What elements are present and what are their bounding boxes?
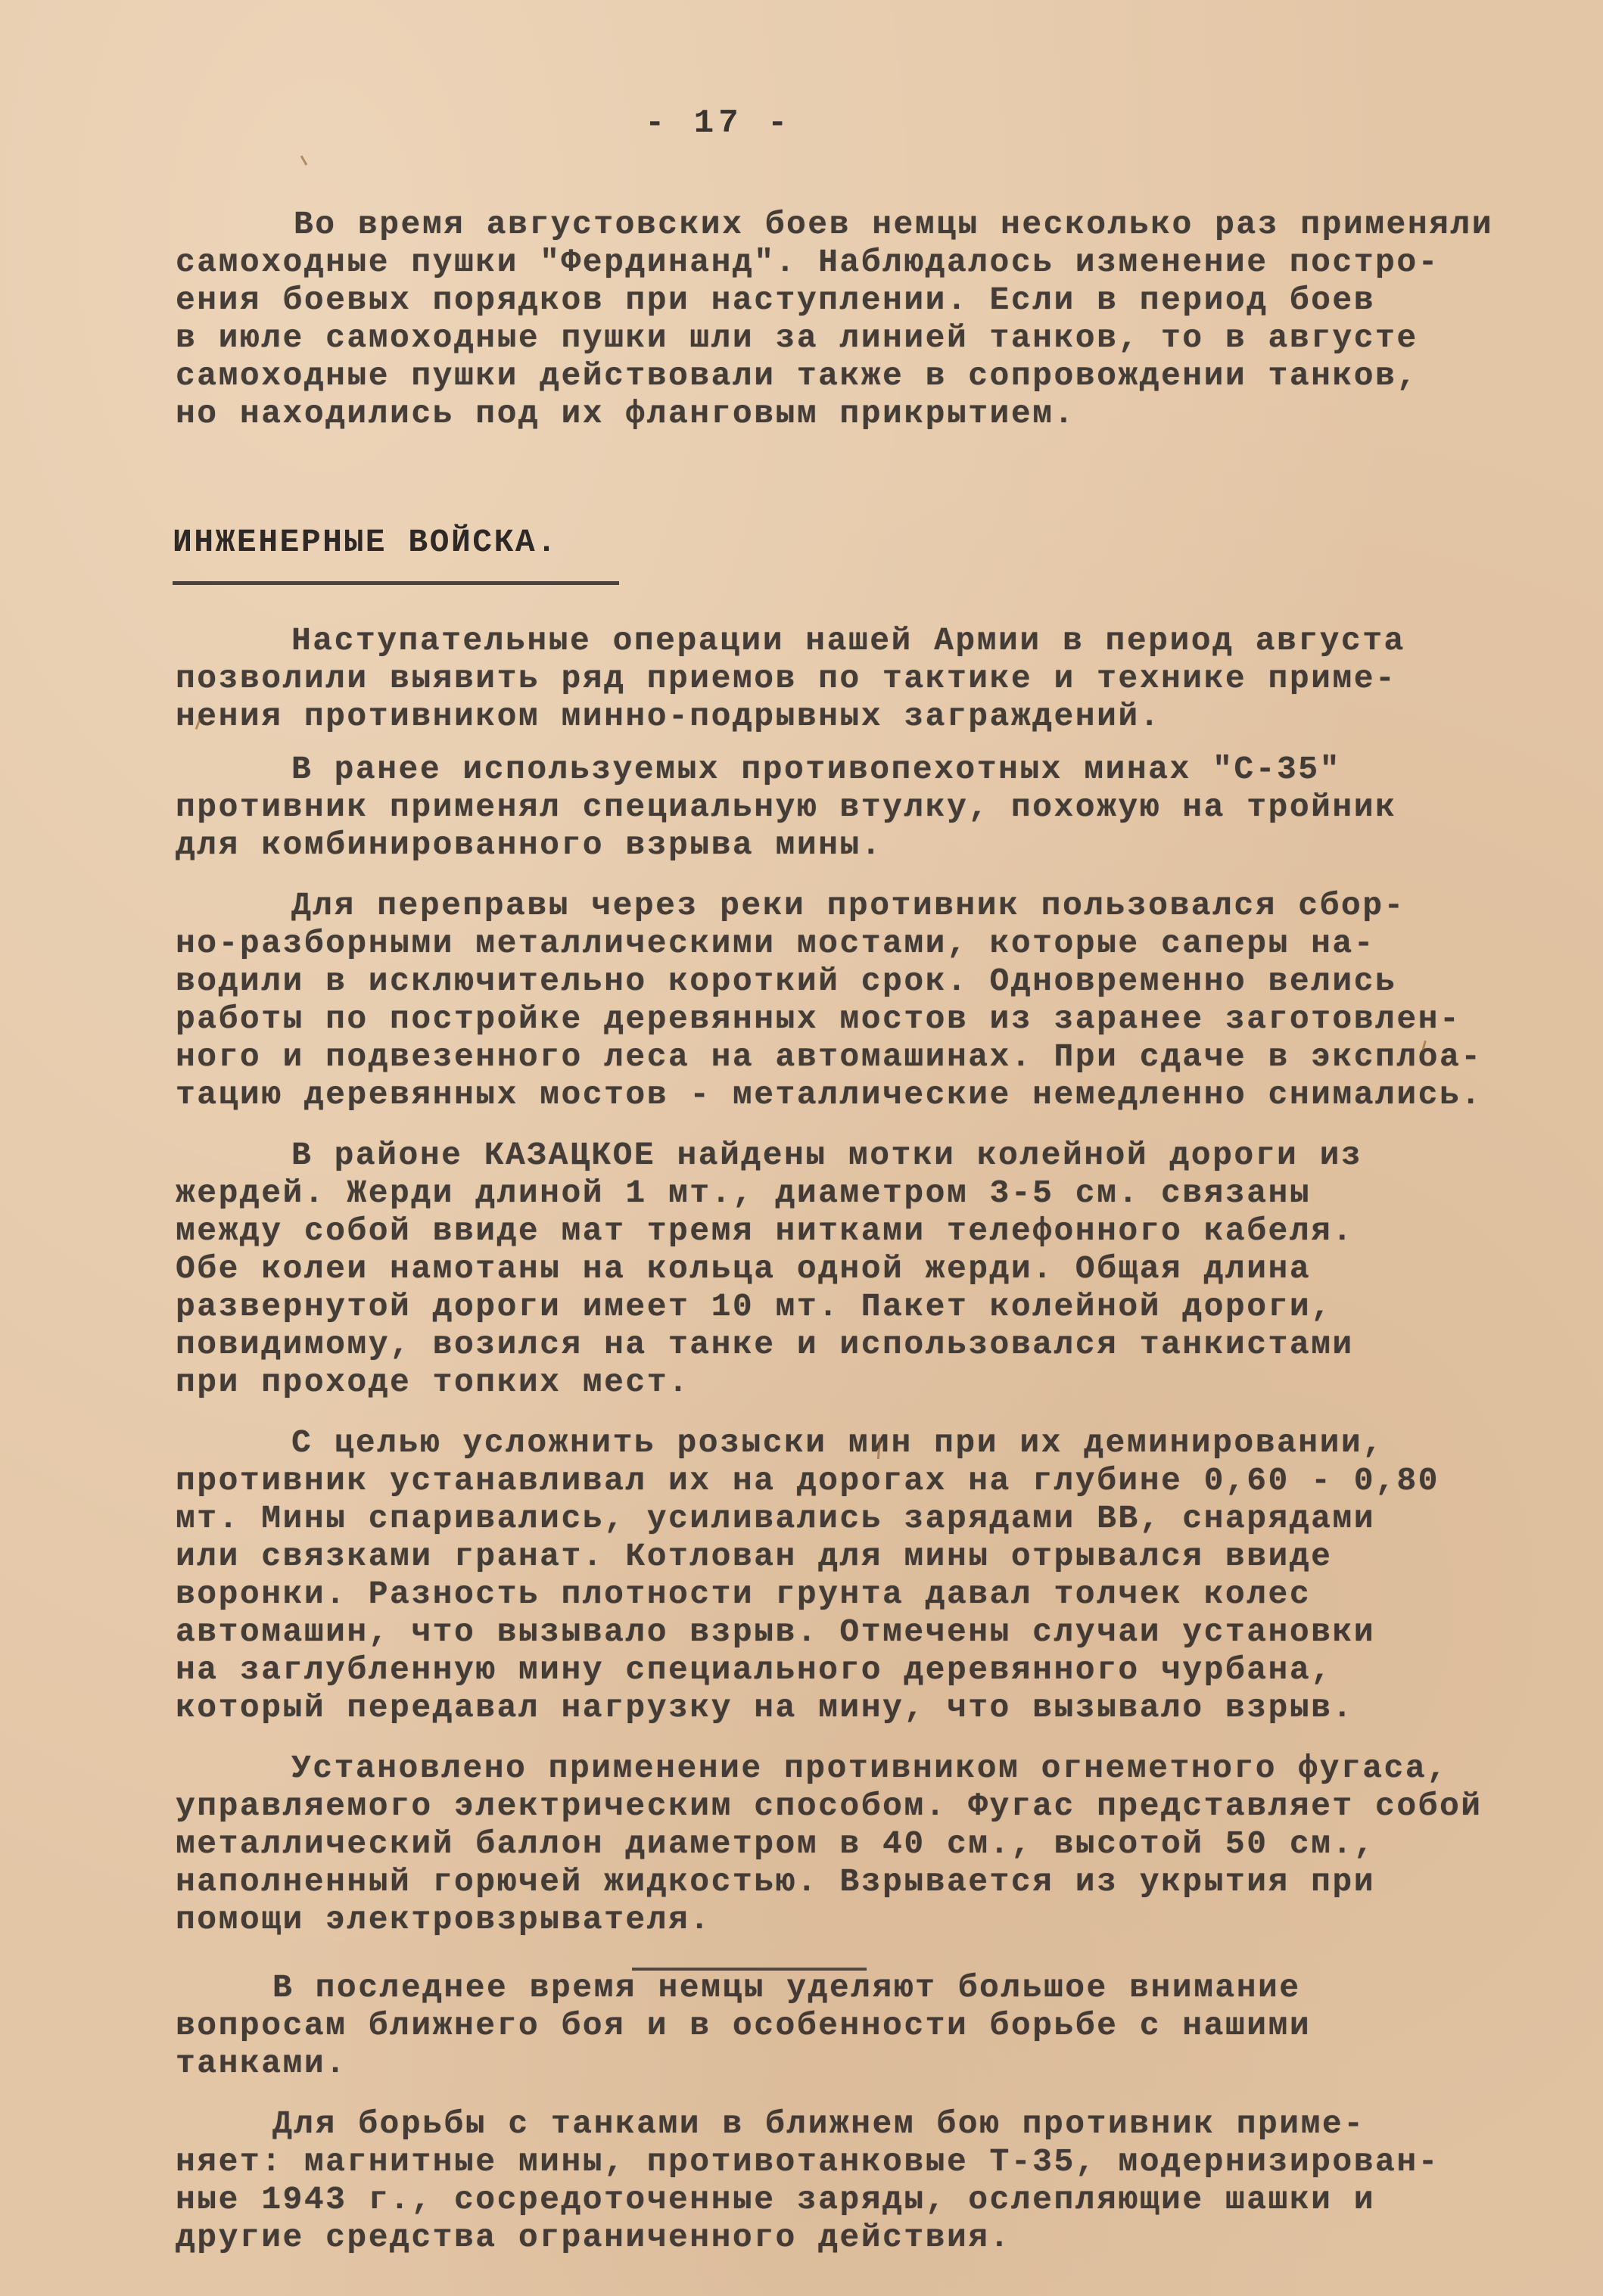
text-line: С целью усложнить розыски мин при их дем…: [291, 1424, 1384, 1461]
text-line: В ранее используемых противопехотных мин…: [291, 751, 1341, 788]
text-line: наполненный горючей жидкостью. Взрываетс…: [176, 1863, 1375, 1900]
text-line: но находились под их фланговым прикрытие…: [176, 395, 1075, 432]
text-line: но-разборными металлическими мостами, ко…: [176, 925, 1375, 962]
text-line: или связками гранат. Котлован для мины о…: [176, 1538, 1332, 1575]
text-line: Установлено применение противником огнем…: [291, 1750, 1448, 1787]
text-line: между собой ввиде мат тремя нитками теле…: [176, 1212, 1354, 1249]
text-line: водили в исключительно короткий срок. Од…: [176, 963, 1396, 1000]
text-line: повидимому, возился на танке и использов…: [176, 1326, 1354, 1363]
text-line: позволили выявить ряд приемов по тактике…: [176, 660, 1396, 697]
text-line: в июле самоходные пушки шли за линией та…: [176, 319, 1418, 356]
text-line: ные 1943 г., сосредоточенные заряды, осл…: [176, 2181, 1375, 2218]
text-line: работы по постройке деревянных мостов из…: [176, 1000, 1461, 1038]
text-line: управляемого электрическим способом. Фуг…: [176, 1787, 1483, 1825]
text-line: противник применял специальную втулку, п…: [176, 789, 1396, 826]
text-line: самоходные пушки действовали также в соп…: [176, 357, 1418, 394]
page-number: - 17 -: [645, 104, 792, 142]
text-line: другие средства ограниченного действия.: [176, 2219, 1011, 2256]
text-line: при проходе топких мест.: [176, 1364, 689, 1401]
text-line: В последнее время немцы уделяют большое …: [272, 1969, 1301, 2006]
text-line: самоходные пушки "Фердинанд". Наблюдалос…: [176, 244, 1440, 281]
document-page: - 17 - Во время августовских боев немцы …: [0, 0, 1603, 2296]
text-line: вопросам ближнего боя и в особенности бо…: [176, 2007, 1311, 2044]
text-line: помощи электровзрывателя.: [176, 1901, 711, 1938]
text-line: жердей. Жерди длиной 1 мт., диаметром 3-…: [176, 1174, 1311, 1212]
text-line: ного и подвезенного леса на автомашинах.…: [176, 1038, 1483, 1075]
section-heading: ИНЖЕНЕРНЫЕ ВОЙСКА.: [173, 524, 558, 561]
text-line: Для борьбы с танками в ближнем бою проти…: [272, 2105, 1365, 2142]
text-line: танками.: [176, 2045, 347, 2082]
text-line: Для переправы через реки противник польз…: [291, 887, 1405, 924]
text-line: Во время августовских боев немцы несколь…: [294, 206, 1493, 243]
text-line: нения противником минно-подрывных заграж…: [176, 698, 1161, 735]
text-line: автомашин, что вызывало взрыв. Отмечены …: [176, 1613, 1375, 1650]
paper-fiber: [300, 155, 308, 166]
text-line: на заглубленную мину специального деревя…: [176, 1651, 1332, 1688]
text-line: Обе колеи намотаны на кольца одной жерди…: [176, 1250, 1311, 1287]
text-line: мт. Мины спаривались, усиливались заряда…: [176, 1500, 1375, 1537]
text-line: ения боевых порядков при наступлении. Ес…: [176, 282, 1375, 319]
text-line: развернутой дороги имеет 10 мт. Пакет ко…: [176, 1288, 1332, 1325]
text-line: противник устанавливал их на дорогах на …: [176, 1462, 1440, 1499]
text-line: для комбинированного взрыва мины.: [176, 826, 882, 863]
text-line: который передавал нагрузку на мину, что …: [176, 1689, 1354, 1726]
text-line: металлический баллон диаметром в 40 см.,…: [176, 1825, 1375, 1862]
text-line: няет: магнитные мины, противотанковые Т-…: [176, 2143, 1440, 2180]
text-line: тацию деревянных мостов - металлические …: [176, 1076, 1483, 1113]
text-line: В районе КАЗАЦКОЕ найдены мотки колейной…: [291, 1137, 1362, 1174]
text-line: воронки. Разность плотности грунта давал…: [176, 1576, 1311, 1613]
heading-underline: [173, 581, 619, 585]
text-line: Наступательные операции нашей Армии в пе…: [291, 622, 1405, 659]
